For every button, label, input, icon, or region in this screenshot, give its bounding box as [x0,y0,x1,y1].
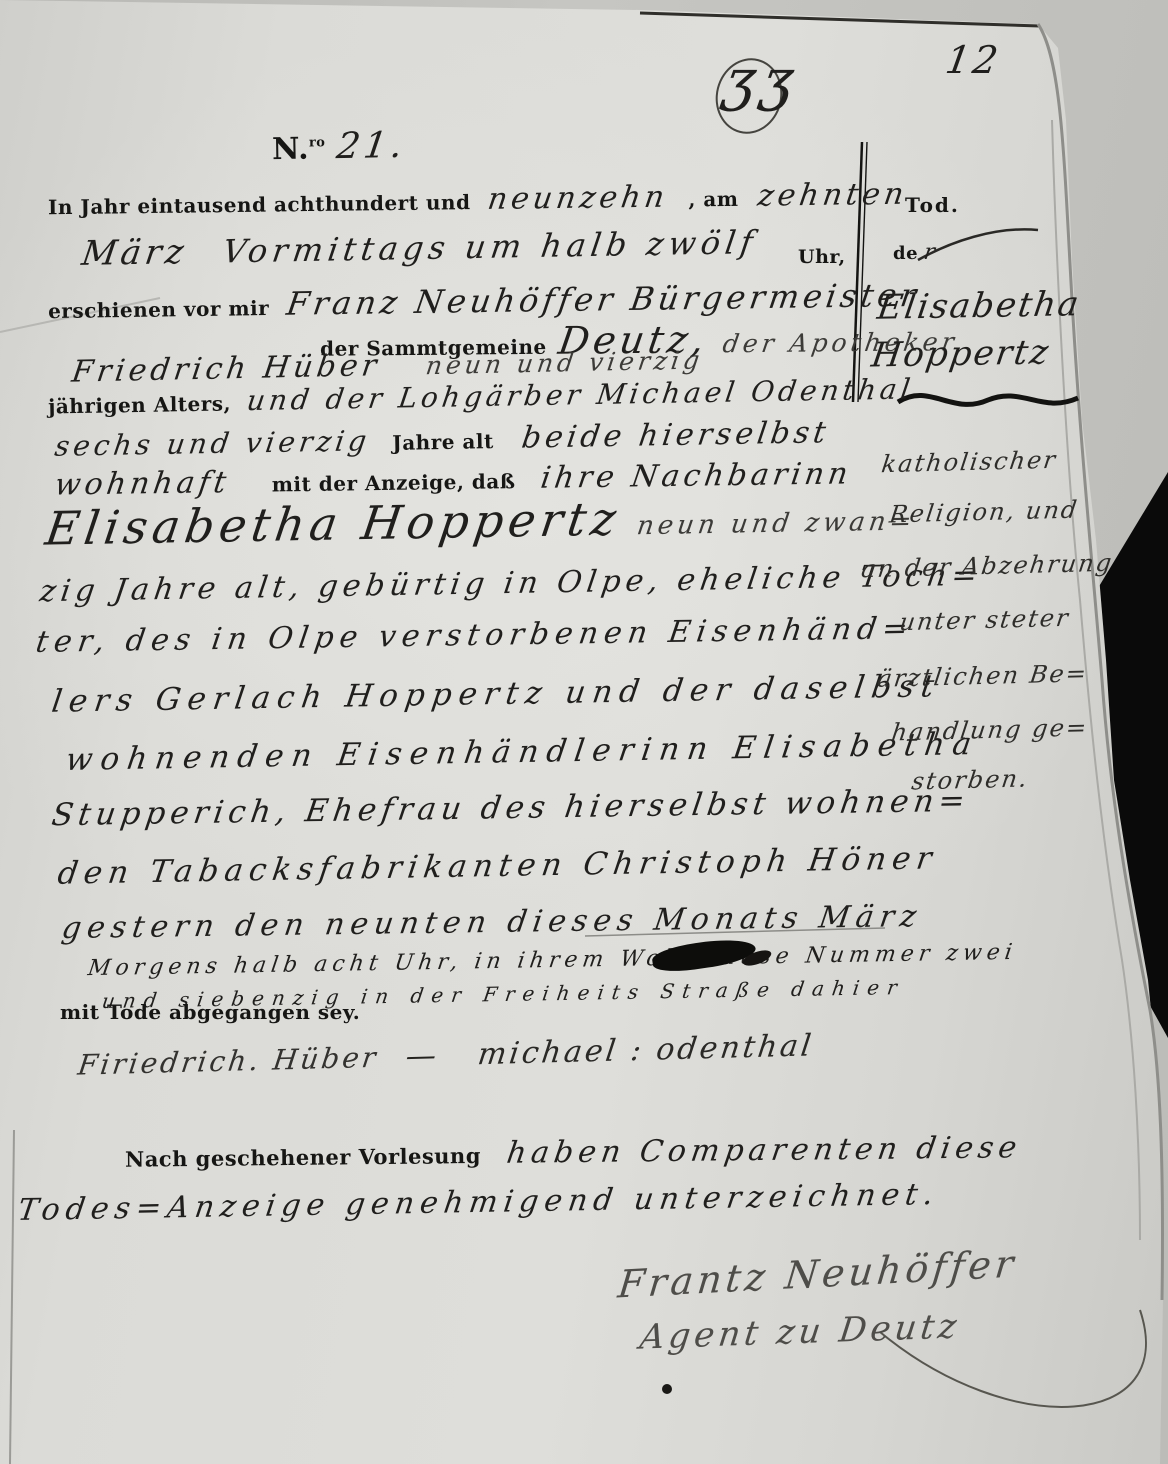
margin-der-printed: de [893,243,918,264]
notary-paraph: ʒʒ [719,48,805,113]
deceased-age-part1: neun und zwan= [635,506,917,541]
margin-der-handwritten: r [922,240,940,265]
form-label-vorlesung: Nach geschehener Vorlesung [125,1143,481,1172]
margin-death-label: Tod. [905,193,960,217]
body-line-19: mit Tode abgegangen sey. [60,1000,360,1024]
scanned-death-record-page: ʒʒ 12 N. ro 21. In Jahr eintausend achth… [0,0,1168,1464]
entry-time: Vormittags um halb zwölf [221,223,761,270]
form-label-year: In Jahr eintausend achthundert und [48,190,471,219]
margin-note-religion-1: katholischer [880,446,1059,479]
declarant-2-age: sechs und vierzig [53,424,373,463]
margin-note-cause-3: ärztlichen Be= [876,659,1090,692]
record-number-prefix: N. [272,132,310,168]
record-number-superscript: ro [309,135,326,150]
margin-note-cause-4: handlung ge= [890,713,1090,746]
deceased-name: Elisabetha Hoppertz [42,491,624,555]
ink-dot [662,1384,672,1394]
entry-day: zehnten [756,177,910,214]
margin-note-religion-2: Religion, und [888,496,1081,529]
margin-deceased-firstname: Elisabetha [875,284,1083,328]
form-label-uhr: Uhr, [798,246,846,268]
form-label-deceased: mit Tode abgegangen sey. [60,1000,360,1024]
witness-signature-1: Firiedrich. Hüber [76,1041,381,1082]
declarant-1-age: neun und vierzig [424,345,705,380]
margin-note-cause-2: unter steter [898,604,1072,636]
form-label-years-old: Jahre alt [392,429,494,455]
page-number: 12 [943,38,1004,82]
record-number: N. ro 21. [272,125,407,168]
signature-separator: — [404,1038,443,1074]
record-number-value: 21. [335,125,410,167]
margin-deceased-surname: Hoppertz [869,332,1053,375]
form-label-age: jährigen Alters, [48,391,231,418]
entry-residing: wohnhaft [53,465,233,503]
entry-year: neunzehn [486,180,671,217]
form-label-am: , am [688,187,738,212]
entry-residence-note: beide hierselbst [519,415,831,455]
entry-month: März [79,232,190,274]
form-label-notice: mit der Anzeige, daß [272,469,516,496]
closing-handwritten-1: haben Comparenten diese [504,1130,1024,1170]
form-label-appeared: erschienen vor mir [48,296,269,323]
margin-der-row: de r [893,240,939,265]
margin-note-cause-5: storben. [910,764,1031,795]
